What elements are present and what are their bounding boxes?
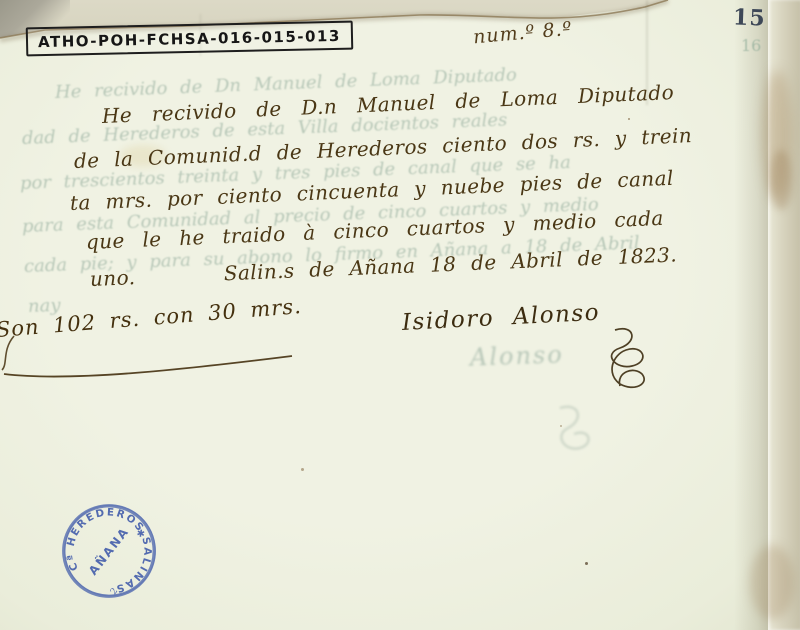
- right-fold-shadow: [734, 0, 768, 630]
- archive-code-label: ATHO-POH-FCHSA-016-015-013: [38, 27, 341, 51]
- amount-flourish: [0, 334, 300, 384]
- folio-number-ghost: 16: [741, 36, 761, 55]
- signature-bleedthrough: Alonso: [470, 340, 565, 371]
- stamp-center-text: AÑANA: [85, 524, 132, 578]
- speck: [585, 562, 588, 565]
- heirs-community-stamp-icon: Cª HEREDEROS SALINAS AÑANA ✱ 2: [50, 492, 168, 610]
- folio-number: 15: [733, 4, 767, 31]
- speck: [628, 118, 630, 120]
- speck: [301, 468, 304, 471]
- rubric-bleedthrough: [520, 400, 610, 470]
- page-curl-edge: [768, 0, 800, 630]
